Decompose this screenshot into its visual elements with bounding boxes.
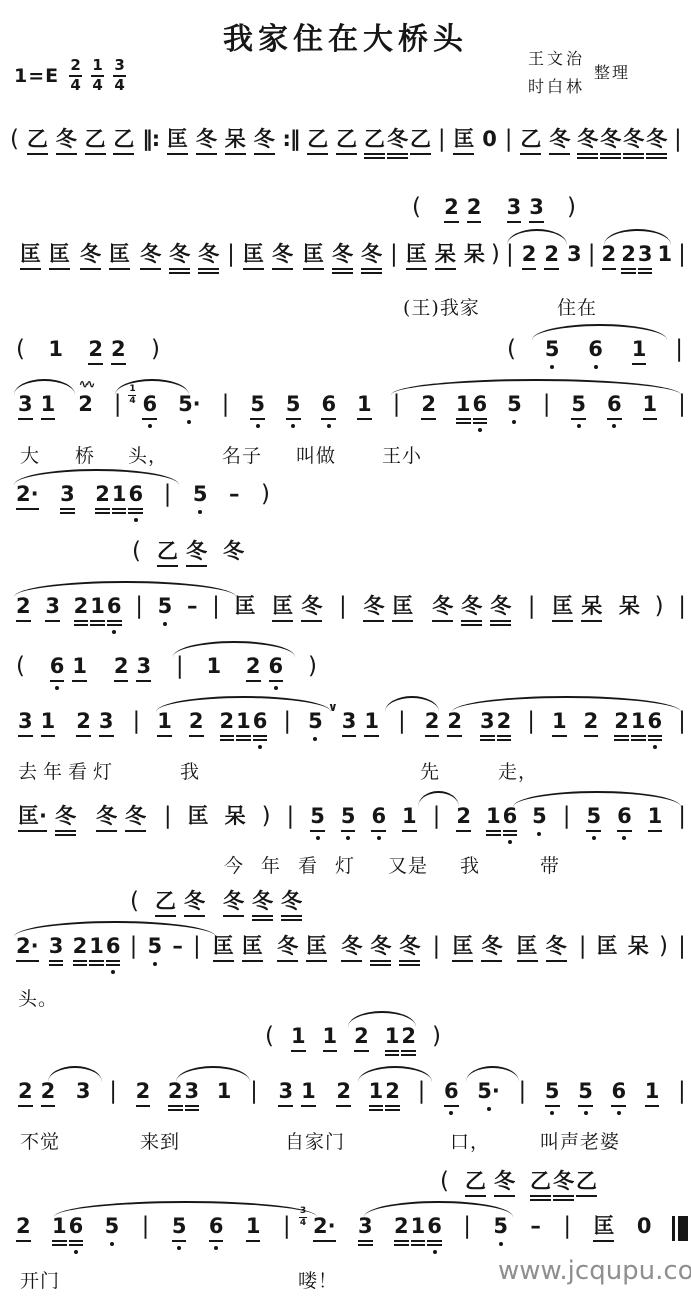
beam-underline bbox=[401, 1050, 416, 1052]
token-text: | bbox=[287, 805, 295, 828]
beam-underline bbox=[76, 735, 91, 737]
dash-note: – bbox=[528, 1215, 543, 1238]
token-text: 2 bbox=[614, 710, 629, 733]
beam-underline bbox=[387, 157, 408, 159]
token-text: 冬 bbox=[254, 128, 275, 151]
beam-underline bbox=[225, 153, 246, 155]
beam-underline bbox=[95, 508, 110, 510]
octave-dot bbox=[577, 424, 581, 428]
beam-underline bbox=[549, 153, 570, 155]
token-text: 冬 bbox=[196, 128, 217, 151]
token-text: | bbox=[433, 805, 441, 828]
note-group: 乙冬 bbox=[461, 1170, 519, 1197]
note-token: 乙 bbox=[25, 128, 50, 155]
beam-underline bbox=[198, 268, 219, 270]
token-text: 6 bbox=[253, 710, 268, 733]
beam-underline bbox=[631, 735, 646, 737]
note-token: 2 bbox=[72, 710, 95, 737]
beam-underline bbox=[425, 735, 440, 737]
watermark-text: www.jcqupu.com bbox=[498, 1256, 691, 1286]
beam-underline bbox=[52, 1244, 67, 1246]
token-text: 冬 bbox=[55, 805, 76, 828]
token-text: | bbox=[678, 595, 686, 618]
token-text: – bbox=[172, 935, 183, 958]
paren: ) bbox=[653, 595, 666, 618]
barline: | bbox=[388, 243, 400, 266]
note-token: 匡 bbox=[209, 935, 238, 962]
beam-underline bbox=[128, 512, 143, 514]
beam-underline bbox=[136, 1105, 151, 1107]
lyric-segment: 喽！ bbox=[298, 1266, 338, 1293]
barline: | bbox=[672, 128, 684, 151]
beam-underline bbox=[254, 153, 275, 155]
note-token: 6 bbox=[207, 1215, 226, 1250]
token-text: 5· bbox=[477, 1080, 500, 1103]
beam-underline bbox=[96, 830, 117, 832]
beam-underline bbox=[385, 1050, 400, 1052]
beam-underline bbox=[128, 508, 143, 510]
note-token: 冬 bbox=[486, 595, 515, 626]
note-token: 乙 bbox=[151, 890, 180, 917]
beam-underline bbox=[73, 960, 88, 962]
beam-underline bbox=[278, 1105, 293, 1107]
beam-underline bbox=[16, 508, 39, 510]
octave-dot bbox=[111, 970, 115, 974]
token-text: ( bbox=[440, 1170, 449, 1193]
octave-dot bbox=[550, 365, 554, 369]
music-system: 3123|12216|∨531|2232|12216| bbox=[14, 710, 688, 749]
note-token: 1 bbox=[289, 1025, 308, 1052]
token-text: 5 bbox=[586, 805, 601, 828]
note-token: 5 bbox=[491, 1215, 510, 1246]
note-token: 2· bbox=[14, 935, 41, 962]
beam-underline bbox=[427, 1244, 442, 1246]
barline: | bbox=[676, 805, 688, 828]
note-token: 乙 bbox=[529, 1170, 552, 1201]
token-text: 1 bbox=[323, 1025, 338, 1048]
beam-underline bbox=[52, 1240, 67, 1242]
barline: | bbox=[281, 1215, 293, 1238]
note-token: 5 bbox=[170, 1215, 189, 1250]
note-token: 2 bbox=[620, 243, 637, 274]
barline: | bbox=[107, 1080, 119, 1103]
note-token: 1 bbox=[88, 935, 105, 966]
token-text: | bbox=[579, 935, 587, 958]
note-token: 3 bbox=[565, 243, 584, 266]
token-text: | bbox=[283, 1215, 291, 1238]
note-token: 乙 bbox=[363, 128, 386, 159]
token-text: 呆 bbox=[464, 243, 485, 266]
barline: | bbox=[112, 393, 124, 416]
note-token: 冬 bbox=[395, 935, 424, 966]
note-token: 6 bbox=[502, 805, 519, 844]
token-text: 2 bbox=[189, 710, 204, 733]
beam-underline bbox=[617, 830, 632, 832]
beam-underline bbox=[252, 919, 273, 921]
barline: | bbox=[504, 243, 516, 266]
token-text: 6 bbox=[106, 935, 121, 958]
note-group: 匡·冬 bbox=[14, 805, 80, 836]
octave-dot bbox=[110, 1242, 114, 1246]
beam-underline bbox=[576, 1195, 597, 1197]
note-token: 5 bbox=[248, 393, 267, 428]
beam-underline bbox=[361, 268, 382, 270]
note-group: 12 bbox=[368, 1080, 401, 1111]
token-text: 冬 bbox=[577, 128, 598, 151]
token-text: 2 bbox=[41, 1080, 56, 1103]
note-token: 冬 bbox=[165, 243, 194, 274]
beam-underline bbox=[480, 739, 495, 741]
beam-underline bbox=[18, 830, 47, 832]
note-token: 匡 bbox=[591, 1215, 616, 1242]
note-token: 342· bbox=[311, 1215, 338, 1242]
token-text: 匡 bbox=[392, 595, 413, 618]
beam-underline bbox=[236, 739, 251, 741]
beam-underline bbox=[507, 221, 522, 223]
token-text: 2 bbox=[168, 1080, 183, 1103]
octave-dot bbox=[112, 630, 116, 634]
barline: | bbox=[337, 595, 349, 618]
note-token: 2 bbox=[37, 1080, 60, 1107]
note-token: 冬 bbox=[337, 935, 366, 962]
token-text: 3 bbox=[76, 1080, 91, 1103]
token-text: | bbox=[212, 595, 220, 618]
note-group: 冬冬冬 bbox=[219, 890, 306, 921]
note-token: 0 bbox=[635, 1215, 654, 1238]
beam-underline bbox=[95, 512, 110, 514]
beam-underline bbox=[520, 153, 541, 155]
note-token: 1 bbox=[37, 710, 60, 737]
barline: | bbox=[210, 595, 222, 618]
token-text: 6 bbox=[611, 1080, 626, 1103]
note-token: 乙 bbox=[461, 1170, 490, 1197]
token-text: | bbox=[678, 935, 686, 958]
beam-underline bbox=[157, 735, 172, 737]
token-text: 匡· bbox=[18, 805, 47, 828]
beam-underline bbox=[41, 1105, 56, 1107]
beam-underline bbox=[402, 830, 417, 832]
token-text: 3 bbox=[480, 710, 495, 733]
note-group: 23 bbox=[167, 1080, 200, 1111]
note-token: 呆 bbox=[577, 595, 606, 622]
token-text: 匡 bbox=[306, 935, 327, 958]
note-group: 冬冬 bbox=[92, 805, 150, 832]
note-group: 乙冬乙 bbox=[363, 128, 432, 159]
note-token: 2 bbox=[419, 393, 438, 420]
barline: | bbox=[561, 805, 573, 828]
beam-underline bbox=[577, 153, 598, 155]
note-token: 匡 bbox=[239, 243, 268, 270]
token-text: | bbox=[674, 128, 682, 151]
beam-underline bbox=[614, 739, 629, 741]
note-group: 匡冬 bbox=[513, 935, 571, 962]
beam-underline bbox=[358, 1244, 373, 1246]
note-group: 216 bbox=[219, 710, 269, 749]
note-group: 12 bbox=[384, 1025, 417, 1056]
note-token: 5 bbox=[505, 393, 524, 424]
note-token: 匡 bbox=[595, 935, 620, 958]
beam-underline bbox=[648, 739, 663, 741]
note-token: 冬 bbox=[194, 128, 219, 155]
barline: | bbox=[162, 805, 174, 828]
lyric-segment: 灯 bbox=[335, 851, 355, 878]
token-text: ) bbox=[655, 595, 664, 618]
token-text: 匡 bbox=[453, 128, 474, 151]
note-group: 冬冬冬 bbox=[428, 595, 515, 626]
beam-underline bbox=[364, 735, 379, 737]
token-text: 3 bbox=[136, 655, 151, 678]
beam-underline bbox=[184, 915, 205, 917]
octave-dot bbox=[512, 420, 516, 424]
token-text: 2 bbox=[78, 393, 93, 416]
token-text: 冬 bbox=[370, 935, 391, 958]
beam-underline bbox=[621, 268, 636, 270]
token-text: 5 bbox=[545, 338, 560, 361]
lyric-segment: 我 bbox=[460, 851, 480, 878]
beam-underline bbox=[189, 735, 204, 737]
note-token: 5· bbox=[475, 1080, 502, 1111]
barline: | bbox=[133, 595, 145, 618]
token-text: 1 bbox=[385, 1025, 400, 1048]
dash-note: – bbox=[227, 483, 242, 506]
note-group: 61 bbox=[46, 655, 91, 690]
beam-underline bbox=[18, 1105, 33, 1107]
beam-underline bbox=[107, 624, 122, 626]
beam-underline bbox=[169, 268, 190, 270]
beam-underline bbox=[272, 268, 293, 270]
note-token: 冬 bbox=[180, 890, 209, 917]
note-token: 冬 bbox=[599, 128, 622, 159]
paren: ) bbox=[565, 196, 578, 219]
beam-underline bbox=[49, 964, 64, 966]
beam-underline bbox=[341, 830, 356, 832]
beam-underline bbox=[435, 268, 456, 270]
lyrics-row: (王)我家住在 bbox=[0, 293, 691, 321]
paren: ) bbox=[259, 483, 272, 506]
beam-underline bbox=[490, 624, 511, 626]
beam-underline bbox=[354, 1050, 369, 1052]
token-text: 1 bbox=[364, 710, 379, 733]
octave-dot bbox=[433, 1250, 437, 1254]
token-text: 1 bbox=[236, 710, 251, 733]
beam-underline bbox=[20, 268, 41, 270]
token-text: | bbox=[227, 243, 235, 266]
token-text: 5 bbox=[571, 393, 586, 416]
octave-dot bbox=[327, 424, 331, 428]
beam-underline bbox=[41, 418, 56, 420]
token-text: 1 bbox=[52, 1215, 67, 1238]
token-text: ( bbox=[412, 196, 421, 219]
beam-underline bbox=[444, 1105, 459, 1107]
note-token: 冬 bbox=[622, 128, 645, 159]
token-text: 冬 bbox=[546, 935, 567, 958]
note-token: 5 bbox=[530, 805, 549, 836]
note-token: 5 bbox=[308, 805, 327, 840]
octave-dot bbox=[594, 365, 598, 369]
credit-names: 王文治 时白林 bbox=[528, 46, 585, 97]
token-text: 3 bbox=[529, 196, 544, 219]
note-group: 乙冬乙 bbox=[529, 1170, 598, 1201]
token-text: | bbox=[528, 595, 536, 618]
note-token: 5 bbox=[284, 393, 303, 428]
token-text: 冬 bbox=[490, 595, 511, 618]
beam-underline bbox=[73, 964, 88, 966]
note-token: 冬 bbox=[182, 540, 211, 567]
beam-underline bbox=[571, 418, 586, 420]
note-group: 32 bbox=[479, 710, 512, 741]
beam-underline bbox=[89, 960, 104, 962]
token-text: | bbox=[283, 710, 291, 733]
beam-underline bbox=[246, 680, 261, 682]
barline: | bbox=[285, 805, 297, 828]
beam-underline bbox=[250, 418, 265, 420]
beam-underline bbox=[486, 830, 501, 832]
note-group: 16 bbox=[485, 805, 518, 844]
beam-underline bbox=[364, 157, 385, 159]
token-text: 2 bbox=[114, 655, 129, 678]
token-text: 冬 bbox=[184, 890, 205, 913]
note-token: 146 bbox=[140, 393, 159, 428]
lyric-segment: 年 bbox=[261, 851, 281, 878]
note-group: 31 bbox=[14, 393, 59, 420]
note-token: 3 bbox=[95, 710, 118, 737]
note-group: 23 bbox=[110, 655, 155, 682]
lyric-segment: 来到 bbox=[140, 1127, 180, 1154]
token-text: 5· bbox=[178, 393, 201, 416]
token-text: 1 bbox=[246, 1215, 261, 1238]
octave-dot bbox=[584, 1111, 588, 1115]
token-text: 6 bbox=[128, 483, 143, 506]
note-token: 冬 bbox=[328, 243, 357, 274]
beam-underline bbox=[593, 1240, 614, 1242]
beam-underline bbox=[358, 1240, 373, 1242]
token-text: 1 bbox=[402, 805, 417, 828]
note-group: 冬匡 bbox=[359, 595, 417, 622]
token-text: 乙 bbox=[576, 1170, 597, 1193]
token-text: 2· bbox=[16, 483, 39, 506]
token-text: 2 bbox=[497, 710, 512, 733]
note-token: 6 bbox=[68, 1215, 85, 1254]
token-text: ( bbox=[265, 1025, 274, 1048]
token-text: 匡 bbox=[242, 935, 263, 958]
note-token: 6 bbox=[106, 595, 123, 634]
dash-note: – bbox=[170, 935, 185, 958]
octave-dot bbox=[55, 686, 59, 690]
note-group: 16 bbox=[51, 1215, 84, 1254]
lyric-segment: 走， bbox=[498, 757, 538, 784]
note-token: 6 bbox=[252, 710, 269, 749]
beam-underline bbox=[69, 1244, 84, 1246]
note-token: 乙 bbox=[518, 128, 543, 155]
beam-underline bbox=[456, 830, 471, 832]
beam-underline bbox=[140, 268, 161, 270]
beam-underline bbox=[185, 1109, 200, 1111]
lyrics-row: 大桥头，名子叫做王小 bbox=[0, 441, 691, 469]
beam-underline bbox=[643, 418, 658, 420]
token-text: 3 bbox=[185, 1080, 200, 1103]
token-text: 呆 bbox=[619, 595, 640, 618]
time-signatures: 241434 bbox=[69, 58, 126, 93]
barline: | bbox=[673, 338, 685, 361]
token-text: 匡 bbox=[20, 243, 41, 266]
note-group: 22 bbox=[14, 1080, 59, 1107]
token-text: 1 bbox=[486, 805, 501, 828]
note-token: 2 bbox=[94, 483, 111, 514]
beam-underline bbox=[411, 1240, 426, 1242]
token-text: 冬 bbox=[223, 540, 244, 563]
token-text: ) bbox=[151, 338, 160, 361]
token-text: 1 bbox=[631, 710, 646, 733]
note-group: 冬冬冬冬 bbox=[576, 128, 668, 159]
note-token: 2 bbox=[187, 710, 206, 737]
barline: | bbox=[676, 935, 688, 958]
beam-underline bbox=[291, 1050, 306, 1052]
token-text: 乙 bbox=[157, 540, 178, 563]
token-text: ) bbox=[262, 805, 271, 828]
token-text: 5 bbox=[545, 1080, 560, 1103]
token-text: 1 bbox=[411, 1215, 426, 1238]
octave-dot bbox=[592, 836, 596, 840]
beam-underline bbox=[45, 620, 60, 622]
token-text: 乙 bbox=[113, 128, 134, 151]
token-text: | bbox=[142, 1215, 150, 1238]
note-token: 冬 bbox=[136, 243, 165, 270]
note-token: 冬 bbox=[576, 128, 599, 159]
music-system: 2·3216|5–|匡匡冬匡冬冬冬|匡冬匡冬|匡呆)| bbox=[14, 935, 688, 974]
note-token: 0 bbox=[480, 128, 499, 151]
note-token: 1 bbox=[89, 595, 106, 626]
note-token: 6 bbox=[46, 655, 69, 690]
token-text: 5 bbox=[193, 483, 208, 506]
beam-underline bbox=[112, 512, 127, 514]
beam-underline bbox=[213, 960, 234, 962]
note-token: 冬 bbox=[194, 243, 223, 274]
beam-underline bbox=[553, 1195, 574, 1197]
token-text: 2 bbox=[16, 1215, 31, 1238]
note-token: 3 bbox=[14, 710, 37, 737]
note-token: 匡 bbox=[402, 243, 431, 270]
beam-underline bbox=[16, 620, 31, 622]
token-text: ) bbox=[308, 655, 317, 678]
token-text: 2 bbox=[456, 805, 471, 828]
note-token: 3 bbox=[132, 655, 155, 682]
beam-underline bbox=[246, 1240, 261, 1242]
music-system: (乙冬冬 bbox=[130, 540, 246, 567]
repeat-barline: ‖: bbox=[140, 128, 161, 150]
beam-underline bbox=[392, 620, 413, 622]
octave-dot bbox=[478, 428, 482, 432]
token-text: 冬 bbox=[140, 243, 161, 266]
note-token: 匡 bbox=[302, 935, 331, 962]
beam-underline bbox=[444, 221, 459, 223]
token-text: ( bbox=[507, 338, 516, 361]
barline: | bbox=[220, 393, 232, 416]
token-text: | bbox=[398, 710, 406, 733]
note-token: 匡 bbox=[448, 935, 477, 962]
note-token: 冬 bbox=[268, 243, 297, 270]
beam-underline bbox=[370, 960, 391, 962]
token-text: | bbox=[164, 805, 172, 828]
token-text: | bbox=[463, 1215, 471, 1238]
music-system: (561| bbox=[505, 338, 685, 369]
token-text: 6 bbox=[473, 393, 488, 416]
token-text: 1 bbox=[301, 1080, 316, 1103]
lyric-segment: 王小 bbox=[382, 441, 422, 468]
beam-underline bbox=[646, 157, 667, 159]
octave-dot bbox=[134, 518, 138, 522]
note-group: 匡匡 bbox=[209, 935, 267, 962]
beam-underline bbox=[490, 620, 511, 622]
